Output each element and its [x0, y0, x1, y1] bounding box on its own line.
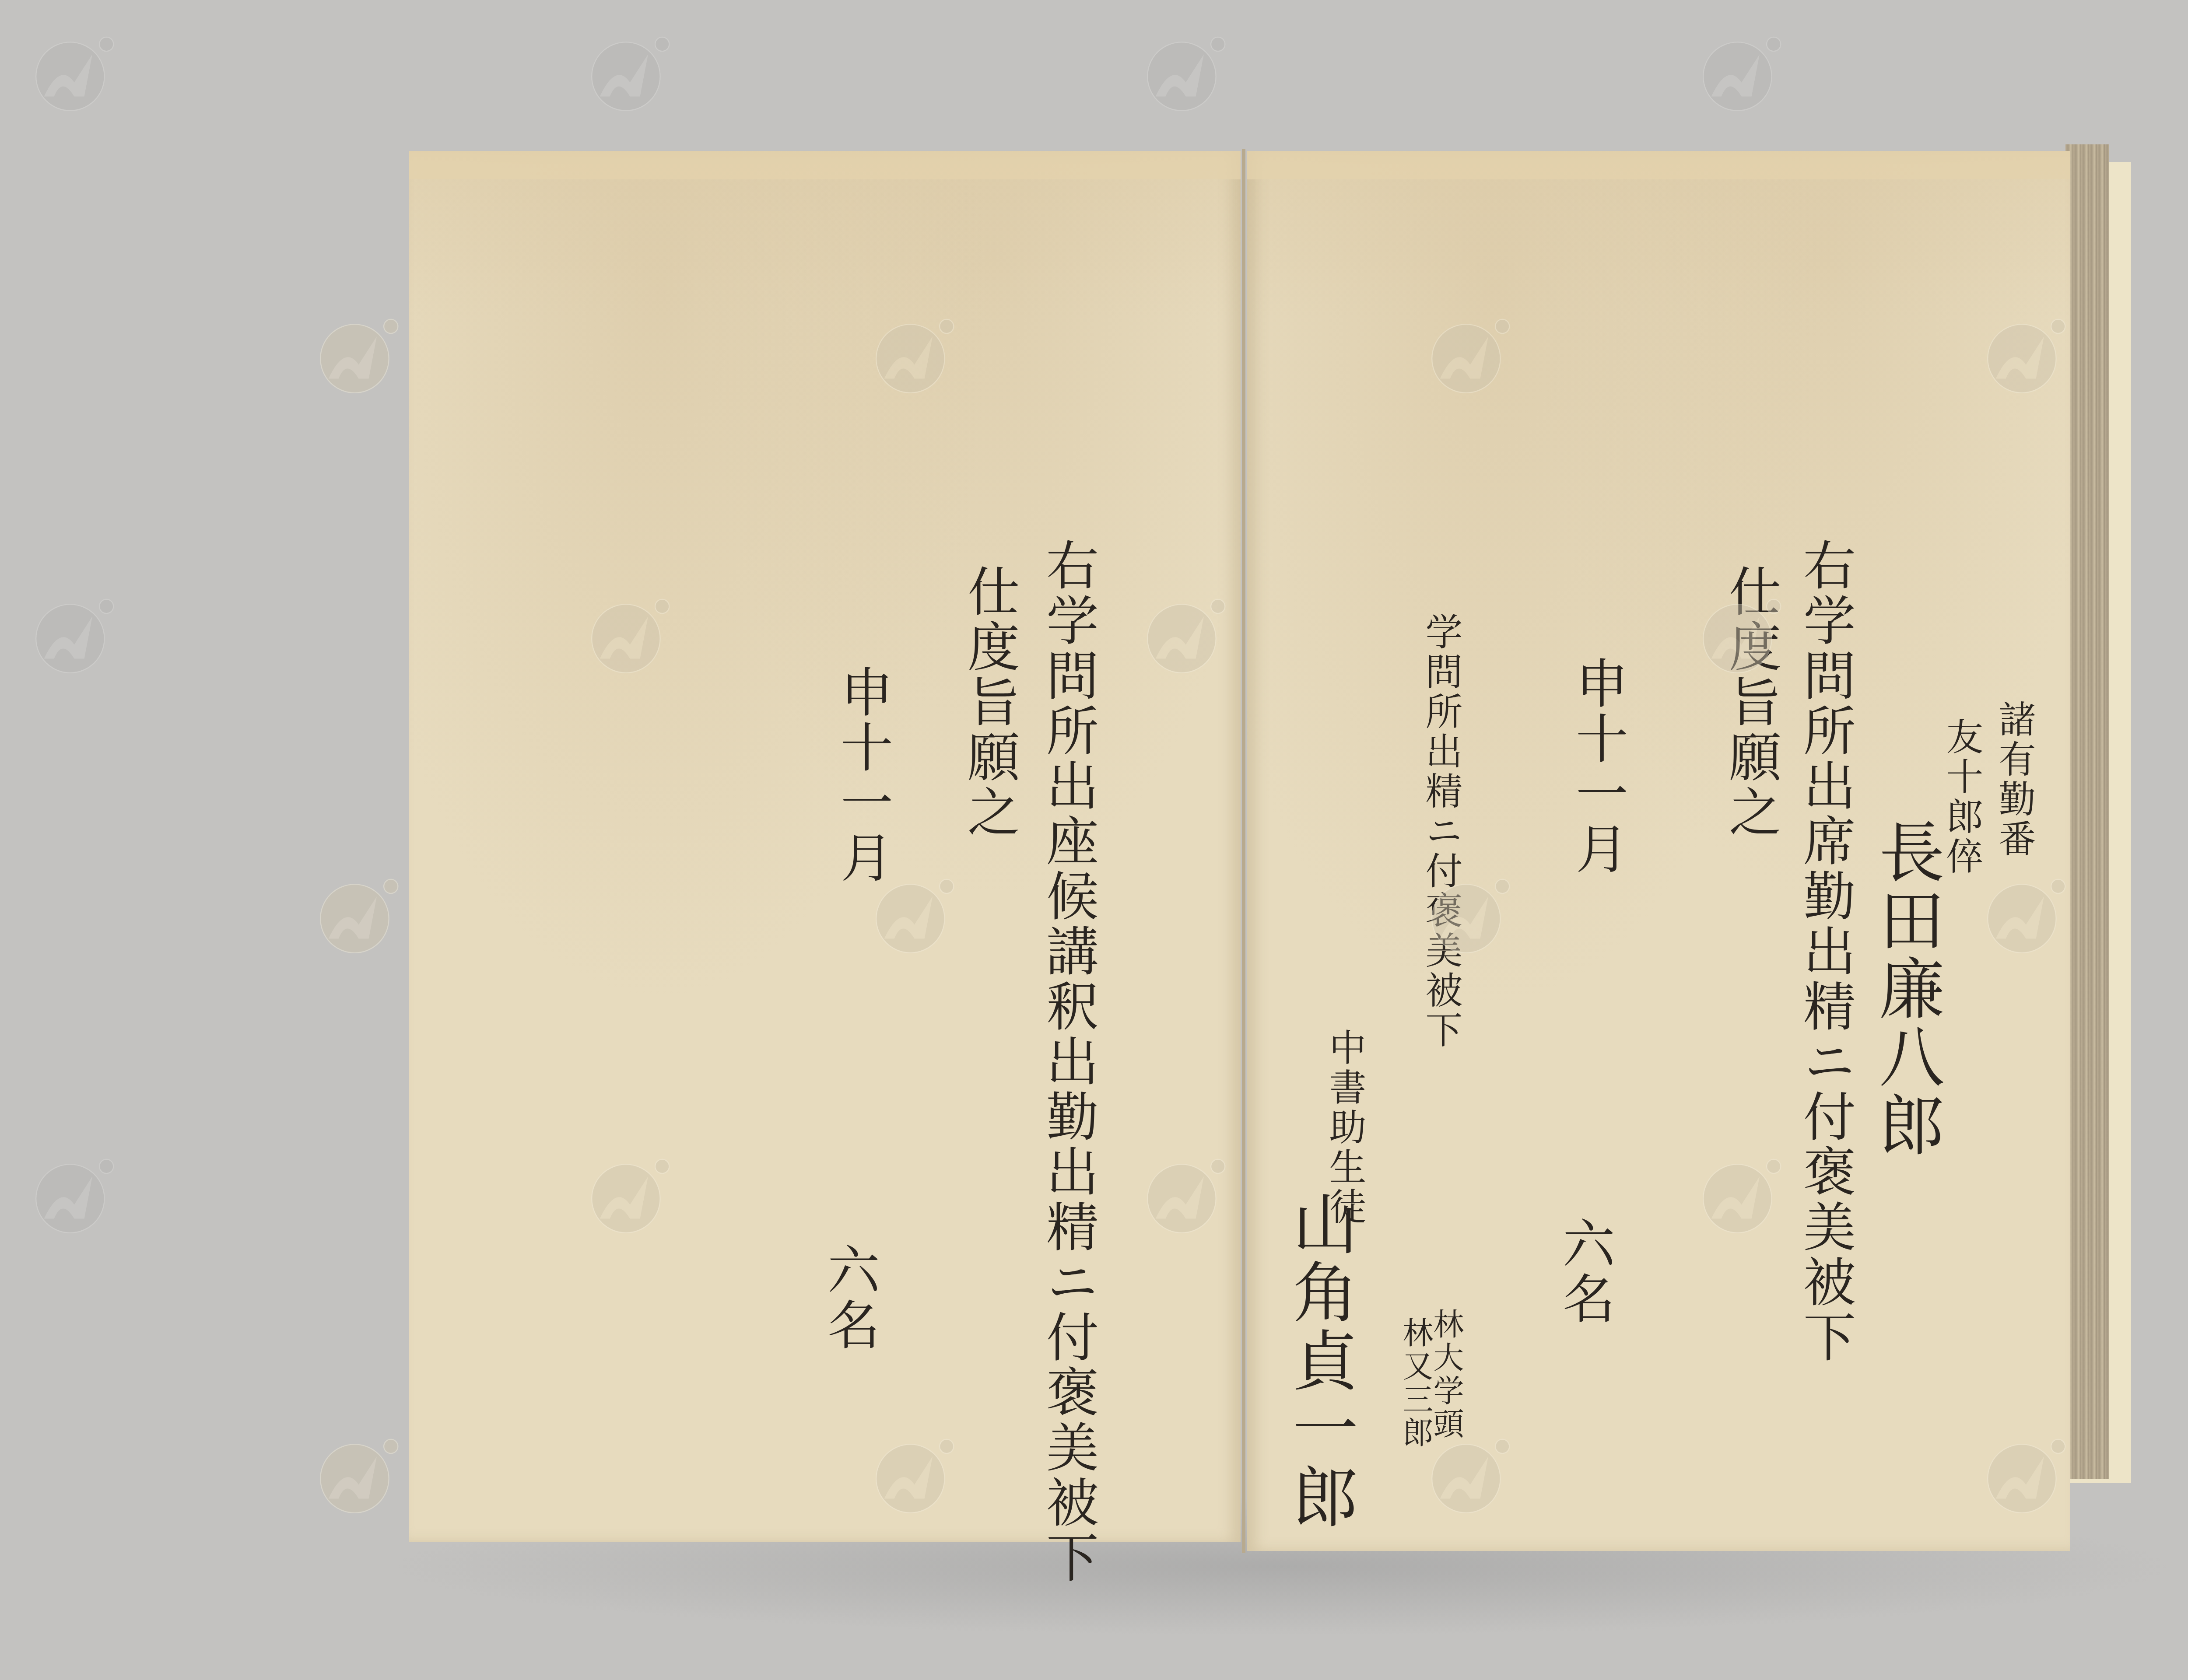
nishogakusha-logo-icon — [1689, 586, 1790, 687]
nishogakusha-logo-icon — [306, 1426, 407, 1527]
nishogakusha-logo-icon — [862, 1426, 963, 1527]
nishogakusha-logo-icon — [1974, 1426, 2074, 1527]
text-column-request: 仕度旨願之 — [963, 564, 1015, 840]
nishogakusha-logo-icon — [862, 306, 963, 407]
nishogakusha-logo-icon — [1418, 306, 1518, 407]
text-column-student-name: 山角貞一郎 — [1287, 1190, 1352, 1531]
nishogakusha-logo-icon — [306, 306, 407, 407]
text-column-name: 長田廉八郎 — [1873, 818, 1939, 1159]
nishogakusha-logo-icon — [1133, 24, 1234, 125]
top-stain-band — [1247, 151, 2070, 179]
nishogakusha-logo-icon — [578, 24, 678, 125]
nishogakusha-logo-icon — [22, 24, 123, 125]
text-column-date: 申十一月 — [836, 665, 888, 885]
text-column-date: 申十一月 — [1571, 656, 1623, 877]
nishogakusha-logo-icon — [578, 1146, 678, 1247]
open-book: 諸有勤番 友十郎倅 長田廉八郎 右学問所出席勤出精ニ付褒美被下 仕度旨願之 申十… — [0, 0, 2188, 1680]
text-column-father: 友十郎倅 — [1943, 717, 1980, 877]
nishogakusha-logo-icon — [1974, 866, 2074, 967]
nishogakusha-logo-icon — [1133, 1146, 1234, 1247]
nishogakusha-logo-icon — [578, 586, 678, 687]
text-column-count: 六名 — [823, 1242, 875, 1353]
nishogakusha-logo-icon — [1418, 866, 1518, 967]
nishogakusha-logo-icon — [1689, 1146, 1790, 1247]
text-column-count: 六名 — [1558, 1216, 1610, 1326]
nishogakusha-logo-icon — [862, 866, 963, 967]
text-column-award: 学問所出精ニ付褒美被下 — [1422, 612, 1459, 1050]
spine-gutter — [1242, 149, 1245, 1553]
text-column-body: 右学問所出座候講釈出勤出精ニ付褒美被下 — [1041, 538, 1094, 1585]
text-column-signer-1: 林大学頭 — [1431, 1308, 1462, 1441]
nishogakusha-logo-icon — [1418, 1426, 1518, 1527]
nishogakusha-logo-icon — [1974, 306, 2074, 407]
nishogakusha-logo-icon — [1689, 24, 1790, 125]
text-column-role: 諸有勤番 — [1995, 700, 2033, 859]
top-stain-band — [409, 151, 1241, 179]
nishogakusha-logo-icon — [1133, 586, 1234, 687]
text-column-body: 右学問所出席勤出精ニ付褒美被下 — [1799, 538, 1851, 1365]
nishogakusha-logo-icon — [306, 866, 407, 967]
nishogakusha-logo-icon — [22, 586, 123, 687]
nishogakusha-logo-icon — [22, 1146, 123, 1247]
